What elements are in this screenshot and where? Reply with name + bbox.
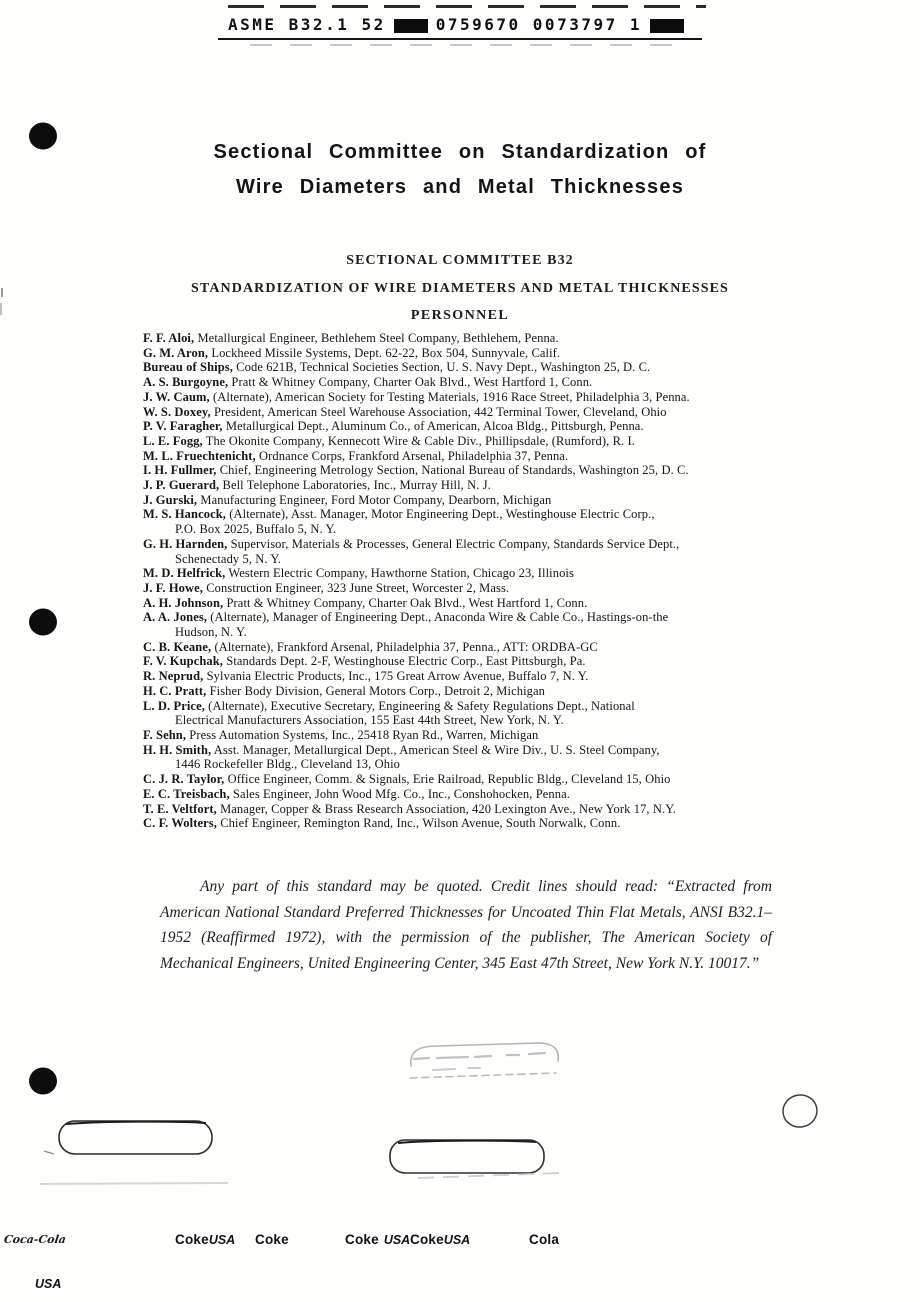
person-name: Bureau of Ships, [143,360,233,374]
personnel-line: C. B. Keane, (Alternate), Frankford Arse… [143,640,808,655]
person-name: L. D. Price, [143,699,205,713]
personnel-row: L. E. Fogg, The Okonite Company, Kenneco… [143,434,808,449]
personnel-row: F. Sehn, Press Automation Systems, Inc.,… [143,728,808,743]
personnel-line: F. F. Aloi, Metallurgical Engineer, Beth… [143,331,808,346]
person-detail: The Okonite Company, Kennecott Wire & Ca… [203,434,635,448]
personnel-row: A. A. Jones, (Alternate), Manager of Eng… [143,610,808,639]
person-name: I. H. Fullmer, [143,463,217,477]
person-name: A. H. Johnson, [143,596,223,610]
person-name: W. S. Doxey, [143,405,211,419]
personnel-row: I. H. Fullmer, Chief, Engineering Metrol… [143,463,808,478]
personnel-row: Bureau of Ships, Code 621B, Technical So… [143,360,808,375]
person-name: M. D. Helfrick, [143,566,225,580]
person-detail: Lockheed Missile Systems, Dept. 62-22, B… [208,346,560,360]
person-name: J. W. Caum, [143,390,210,404]
personnel-row: T. E. Veltfort, Manager, Copper & Brass … [143,802,808,817]
person-name: G. M. Aron, [143,346,208,360]
person-detail: Asst. Manager, Metallurgical Dept., Amer… [211,743,659,757]
personnel-row: R. Neprud, Sylvania Electric Products, I… [143,669,808,684]
coke-label: Coke [255,1232,289,1247]
person-detail: Sales Engineer, John Wood Mfg. Co., Inc.… [230,787,570,801]
person-detail: Fisher Body Division, General Motors Cor… [206,684,545,698]
personnel-line: T. E. Veltfort, Manager, Copper & Brass … [143,802,808,817]
page-title-line2: Wire Diameters and Metal Thicknesses [0,176,920,199]
person-name: H. H. Smith, [143,743,211,757]
person-detail: Office Engineer, Comm. & Signals, Erie R… [224,772,670,786]
filled-bar-icon [394,19,428,33]
person-name: M. L. Fruechtenicht, [143,449,256,463]
person-detail: President, American Steel Warehouse Asso… [211,405,667,419]
personnel-row: C. J. R. Taylor, Office Engineer, Comm. … [143,772,808,787]
person-detail: Construction Engineer, 323 June Street, … [203,581,509,595]
personnel-row: A. H. Johnson, Pratt & Whitney Company, … [143,596,808,611]
document-serial: 0759670 0073797 1 [436,15,642,34]
personnel-line: M. L. Fruechtenicht, Ordnance Corps, Fra… [143,449,808,464]
person-detail: Chief Engineer, Remington Rand, Inc., Wi… [217,816,620,830]
person-detail: Code 621B, Technical Societies Section, … [233,360,650,374]
personnel-row: P. V. Faragher, Metallurgical Dept., Alu… [143,419,808,434]
personnel-line: L. E. Fogg, The Okonite Company, Kenneco… [143,434,808,449]
header-code-line: ASME B32.1 520759670 0073797 1 [218,13,702,40]
personnel-line: E. C. Treisbach, Sales Engineer, John Wo… [143,787,808,802]
person-name: F. F. Aloi, [143,331,194,345]
person-detail: Manager, Copper & Brass Research Associa… [217,802,676,816]
usa-label: USA [209,1233,235,1247]
usa-label: USA [384,1233,410,1247]
personnel-row: H. H. Smith, Asst. Manager, Metallurgica… [143,743,808,772]
pill-outline-center [390,1140,560,1178]
personnel-list: F. F. Aloi, Metallurgical Engineer, Beth… [143,331,808,831]
personnel-row: J. F. Howe, Construction Engineer, 323 J… [143,581,808,596]
person-detail: Western Electric Company, Hawthorne Stat… [225,566,574,580]
credit-quote-paragraph: Any part of this standard may be quoted.… [160,874,772,976]
subject-heading: STANDARDIZATION OF WIRE DIAMETERS AND ME… [0,281,920,297]
personnel-row: J. P. Guerard, Bell Telephone Laboratori… [143,478,808,493]
personnel-row: C. B. Keane, (Alternate), Frankford Arse… [143,640,808,655]
person-detail: Metallurgical Engineer, Bethlehem Steel … [194,331,558,345]
person-name: J. F. Howe, [143,581,203,595]
person-detail: (Alternate), Manager of Engineering Dept… [207,610,668,624]
personnel-line: R. Neprud, Sylvania Electric Products, I… [143,669,808,684]
personnel-row: J. Gurski, Manufacturing Engineer, Ford … [143,493,808,508]
person-detail: (Alternate), Frankford Arsenal, Philadel… [211,640,598,654]
person-name: C. J. R. Taylor, [143,772,224,786]
personnel-line: C. J. R. Taylor, Office Engineer, Comm. … [143,772,808,787]
personnel-line: Bureau of Ships, Code 621B, Technical So… [143,360,808,375]
personnel-line: A. S. Burgoyne, Pratt & Whitney Company,… [143,375,808,390]
personnel-line: J. W. Caum, (Alternate), American Societ… [143,390,808,405]
personnel-row: H. C. Pratt, Fisher Body Division, Gener… [143,684,808,699]
person-name: E. C. Treisbach, [143,787,230,801]
personnel-row: G. H. Harnden, Supervisor, Materials & P… [143,537,808,566]
person-detail: Pratt & Whitney Company, Charter Oak Blv… [223,596,587,610]
personnel-line: C. F. Wolters, Chief Engineer, Remington… [143,816,808,831]
committee-heading: SECTIONAL COMMITTEE B32 [0,253,920,269]
person-name: C. B. Keane, [143,640,211,654]
person-detail: Metallurgical Dept., Aluminum Co., of Am… [223,419,644,433]
person-detail: Supervisor, Materials & Processes, Gener… [227,537,679,551]
person-detail: Pratt & Whitney Company, Charter Oak Blv… [228,375,592,389]
personnel-line: J. Gurski, Manufacturing Engineer, Ford … [143,493,808,508]
personnel-line: J. P. Guerard, Bell Telephone Laboratori… [143,478,808,493]
coke-label: Coke [175,1232,209,1247]
personnel-line: F. Sehn, Press Automation Systems, Inc.,… [143,728,808,743]
person-detail-continued: Hudson, N. Y. [143,625,808,640]
personnel-row: J. W. Caum, (Alternate), American Societ… [143,390,808,405]
personnel-line: A. A. Jones, (Alternate), Manager of Eng… [143,610,808,625]
header-underline-smudge [250,44,680,46]
trademark-item: CokeUSA [345,1231,410,1249]
usa-label: USA [444,1233,470,1247]
cola-label: Cola [529,1232,559,1247]
trademark-item: Coke [255,1231,289,1249]
person-detail: Press Automation Systems, Inc., 25418 Ry… [186,728,538,742]
person-detail: Ordnance Corps, Frankford Arsenal, Phila… [256,449,568,463]
person-detail: Chief, Engineering Metrology Section, Na… [217,463,689,477]
personnel-row: A. S. Burgoyne, Pratt & Whitney Company,… [143,375,808,390]
personnel-line: M. S. Hancock, (Alternate), Asst. Manage… [143,507,808,522]
person-detail: Standards Dept. 2-F, Westinghouse Electr… [223,654,586,668]
person-detail-continued: 1446 Rockefeller Bldg., Cleveland 13, Oh… [143,757,808,772]
trademark-item: Cola [529,1231,559,1249]
person-detail: (Alternate), Asst. Manager, Motor Engine… [226,507,655,521]
personnel-row: F. F. Aloi, Metallurgical Engineer, Beth… [143,331,808,346]
person-name: H. C. Pratt, [143,684,206,698]
personnel-line: H. H. Smith, Asst. Manager, Metallurgica… [143,743,808,758]
person-detail: Sylvania Electric Products, Inc., 175 Gr… [203,669,588,683]
personnel-row: F. V. Kupchak, Standards Dept. 2-F, West… [143,654,808,669]
coke-label: Coke [345,1232,379,1247]
personnel-row: L. D. Price, (Alternate), Executive Secr… [143,699,808,728]
coca-cola-script-mark: Coca-Cola [3,1233,67,1246]
person-name: P. V. Faragher, [143,419,223,433]
personnel-line: J. F. Howe, Construction Engineer, 323 J… [143,581,808,596]
personnel-row: E. C. Treisbach, Sales Engineer, John Wo… [143,787,808,802]
person-name: T. E. Veltfort, [143,802,217,816]
page-title-line1: Sectional Committee on Standardization o… [0,141,920,164]
filled-bar-icon [650,19,684,33]
personnel-line: H. C. Pratt, Fisher Body Division, Gener… [143,684,808,699]
stamp-mark [410,1043,558,1078]
personnel-row: C. F. Wolters, Chief Engineer, Remington… [143,816,808,831]
person-detail: Manufacturing Engineer, Ford Motor Compa… [197,493,551,507]
person-name: J. P. Guerard, [143,478,219,492]
personnel-line: F. V. Kupchak, Standards Dept. 2-F, West… [143,654,808,669]
person-detail: (Alternate), Executive Secretary, Engine… [205,699,635,713]
person-name: M. S. Hancock, [143,507,226,521]
person-name: G. H. Harnden, [143,537,227,551]
person-detail-continued: P.O. Box 2025, Buffalo 5, N. Y. [143,522,808,537]
page-header: ASME B32.1 520759670 0073797 1 [0,13,920,40]
standard-code: ASME B32.1 52 [228,15,386,34]
personnel-row: W. S. Doxey, President, American Steel W… [143,405,808,420]
personnel-row: M. D. Helfrick, Western Electric Company… [143,566,808,581]
trademark-item: CokeUSA [175,1231,235,1249]
person-name: L. E. Fogg, [143,434,203,448]
person-name: F. V. Kupchak, [143,654,223,668]
person-detail-continued: Schenectady 5, N. Y. [143,552,808,567]
personnel-line: G. H. Harnden, Supervisor, Materials & P… [143,537,808,552]
personnel-line: P. V. Faragher, Metallurgical Dept., Alu… [143,419,808,434]
person-name: F. Sehn, [143,728,186,742]
person-name: A. S. Burgoyne, [143,375,228,389]
personnel-row: M. S. Hancock, (Alternate), Asst. Manage… [143,507,808,536]
scanned-document-page: ASME B32.1 520759670 0073797 1 Sectional… [0,0,920,1302]
trademark-item: CokeUSA [410,1231,470,1249]
person-name: R. Neprud, [143,669,203,683]
personnel-line: L. D. Price, (Alternate), Executive Secr… [143,699,808,714]
person-name: J. Gurski, [143,493,197,507]
personnel-line: A. H. Johnson, Pratt & Whitney Company, … [143,596,808,611]
person-name: C. F. Wolters, [143,816,217,830]
personnel-line: G. M. Aron, Lockheed Missile Systems, De… [143,346,808,361]
personnel-line: I. H. Fullmer, Chief, Engineering Metrol… [143,463,808,478]
personnel-line: W. S. Doxey, President, American Steel W… [143,405,808,420]
person-detail: (Alternate), American Society for Testin… [210,390,690,404]
pill-outline-left [40,1121,228,1184]
circle-mark [780,1092,819,1129]
person-name: A. A. Jones, [143,610,207,624]
top-rule [228,5,706,8]
personnel-heading: PERSONNEL [0,308,920,324]
personnel-row: M. L. Fruechtenicht, Ordnance Corps, Fra… [143,449,808,464]
coke-label: Coke [410,1232,444,1247]
usa-label: USA [35,1277,61,1291]
personnel-row: G. M. Aron, Lockheed Missile Systems, De… [143,346,808,361]
person-detail-continued: Electrical Manufacturers Association, 15… [143,713,808,728]
personnel-line: M. D. Helfrick, Western Electric Company… [143,566,808,581]
person-detail: Bell Telephone Laboratories, Inc., Murra… [219,478,491,492]
